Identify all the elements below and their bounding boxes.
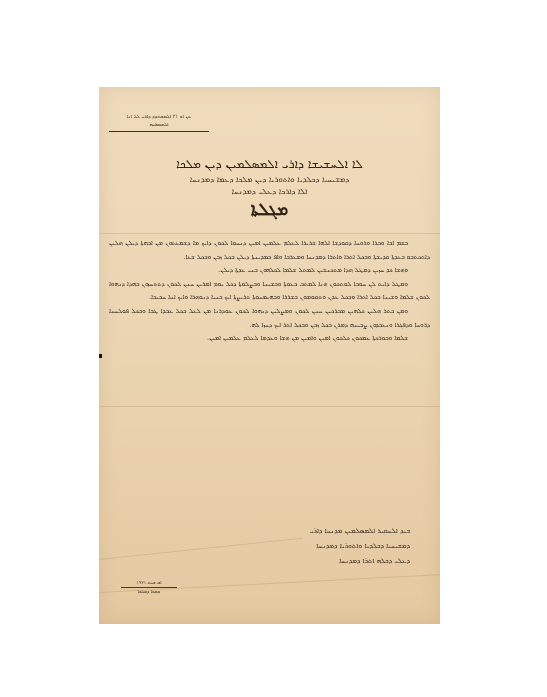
title-block: ܠܐ ܐܠܚܫܝܫܐ ܕܐܪܝ ܐܠܡܣܠܡܝܢ ܕܝܢ ܡܠܟܐ ܕܡܫܝܚܝ… bbox=[99, 155, 440, 221]
letter-body: ܒܫܡ ܐܒܐ ܘܒܪܐ ܘܪܘܚܐ ܕܩܘܕܫܐ ܐܠܗܐ ܫܪܝܪܐ ܠܥܠ… bbox=[109, 237, 430, 346]
document-heading: ܡܓܠܬܐ bbox=[99, 199, 440, 221]
document-page: ܥܢ ܐܘ ٢١ ܐܠܡܫܬܕܕ ܕܐܪܝ ܠܠ ܐܢܐ ܐܠܫܡܣܝܗ ܠܐ … bbox=[99, 87, 440, 624]
fold-crease bbox=[99, 233, 440, 234]
title-line-3: ܐܠܐ ܕܐܪܟܐ ܕܥܠܝ ܕܡܕܢܚܐ bbox=[99, 186, 440, 198]
body-paragraph: ܘܗܫܐ ܟܕ ܚܙܝܢ ܕܡܛܠ ܗܕܐ ܡܬܟܢܫܝܢ ܠܡܬܠ ܫܠܡܐ … bbox=[109, 264, 430, 278]
footer-note-line2: ܡܫܘܐ ܕܡܠܟܐ bbox=[121, 589, 177, 596]
header-note-underline bbox=[109, 131, 209, 132]
body-paragraph: ܘܡܛܠ ܕܐܝܬ ܠܢ ܚܘܒܐ ܠܘܬܟܘܢ ܗܢܐ ܠܡܬܒ ܒܥܘܬܐ … bbox=[109, 278, 430, 305]
footer-note: ܐܒ ܫܢܬ ١٩٢١ ܡܫܘܐ ܕܡܠܟܐ bbox=[121, 580, 177, 596]
body-paragraph: ܫܠܡܐ ܘܒܘܪܟܬܐ ܥܡܟܘܢ ܟܠܟܘܢ ܐܡܝܢ ܘܐܡܝܢ ܡܢ ܗ… bbox=[109, 332, 430, 346]
body-paragraph: ܒܫܡ ܐܒܐ ܘܒܪܐ ܘܪܘܚܐ ܕܩܘܕܫܐ ܐܠܗܐ ܫܪܝܪܐ ܠܥܠ… bbox=[109, 237, 430, 264]
header-note: ܥܢ ܐܘ ٢١ ܐܠܡܫܬܕܕ ܕܐܪܝ ܠܠ ܐܢܐ ܐܠܫܡܣܝܗ bbox=[109, 113, 209, 132]
body-paragraph: ܘܡܢ ܒܬܪ ܗܠܝܢ ܟܠܗܝܢ ܡܒܪܟܝܢ ܚܢܢ ܠܟܘܢ ܘܡܨܠܝ… bbox=[109, 305, 430, 332]
fold-crease bbox=[99, 406, 440, 407]
header-note-line2: ܐܠܫܡܣܝܗ bbox=[109, 121, 209, 129]
header-note-line1: ܥܢ ܐܘ ٢١ ܐܠܡܫܬܕܕ ܕܐܪܝ ܠܠ ܐܢܐ bbox=[109, 113, 209, 121]
signature-block: ܒܝܕ ܐܠܚܩܝܪ ܐܠܡܣܠܡܝܢ ܡܕܢܚܐ ܕܐܪܝ ܕܡܫܝܚܝܐ ܕ… bbox=[210, 524, 410, 569]
footer-note-line1: ܐܒ ܫܢܬ ١٩٢١ bbox=[121, 580, 177, 587]
signature-line-3: ܕܥܠܝ ܕܟܠܗ ܐܬܪܐ ܕܡܕܢܚܐ bbox=[210, 554, 410, 569]
signature-line-2: ܕܡܫܝܚܝܐ ܕܟܠܕܝܐ ܘܐܬܘܪܝܐ ܕܡܕܢܚܐ bbox=[210, 539, 410, 554]
title-line-2: ܕܡܫܝܚܝܐ ܕܟܠܕܝܐ ܘܐܬܘܪܝܐ ܕܝܢ ܡܠܟܐ ܕܥܡܐ ܕܡܕ… bbox=[99, 173, 440, 186]
title-line-1: ܠܐ ܐܠܚܫܝܫܐ ܕܐܪܝ ܐܠܡܣܠܡܝܢ ܕܝܢ ܡܠܟܐ bbox=[99, 155, 440, 173]
footer-note-rule bbox=[121, 587, 177, 588]
punch-hole-mark bbox=[99, 354, 102, 358]
signature-line-1: ܒܝܕ ܐܠܚܩܝܪ ܐܠܡܣܠܡܝܢ ܡܕܢܚܐ ܕܐܪܝ bbox=[210, 524, 410, 539]
